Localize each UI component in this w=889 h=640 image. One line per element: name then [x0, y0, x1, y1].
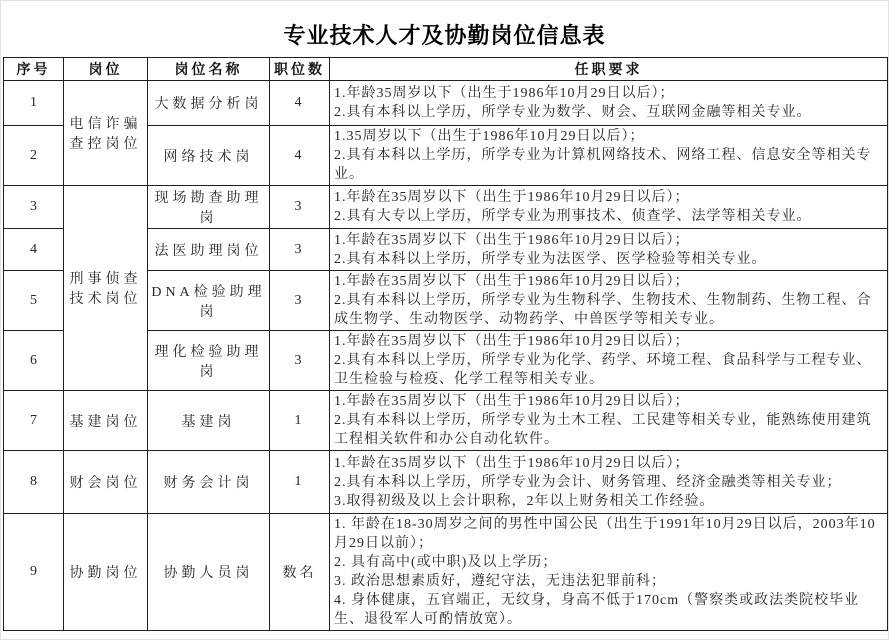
count-cell: 4 — [270, 81, 330, 126]
header-count: 职位数 — [270, 58, 330, 81]
post-group-cell: 协勤岗位 — [64, 514, 148, 631]
position-info-table: 序号 岗位 岗位名称 职位数 任职要求 1 电信诈骗查控岗位 大数据分析岗 4 … — [3, 57, 888, 631]
count-cell: 数名 — [270, 514, 330, 631]
post-name-cell: DNA检验助理岗 — [148, 271, 270, 331]
requirements-cell: 1.年龄在35周岁以下（出生于1986年10月29日以后）； 2.具有大专以上学… — [330, 186, 888, 229]
count-cell: 3 — [270, 186, 330, 229]
table-row: 1 电信诈骗查控岗位 大数据分析岗 4 1.年龄35周岁以下（出生于1986年1… — [4, 81, 888, 126]
post-name-cell: 大数据分析岗 — [148, 81, 270, 126]
post-group-cell: 刑事侦查技术岗位 — [64, 186, 148, 391]
requirements-cell: 1. 年龄在18-30周岁之间的男性中国公民（出生于1991年10月29日以后，… — [330, 514, 888, 631]
seq-cell: 9 — [4, 514, 64, 631]
requirements-cell: 1.年龄在35周岁以下（出生于1986年10月29日以后）； 2.具有本科以上学… — [330, 229, 888, 271]
requirements-cell: 1.年龄35周岁以下（出生于1986年10月29日以后）； 2.具有本科以上学历… — [330, 81, 888, 126]
post-name-cell: 现场勘查助理岗 — [148, 186, 270, 229]
requirements-cell: 1.年龄在35周岁以下（出生于1986年10月29日以后）； 2.具有本科以上学… — [330, 331, 888, 391]
post-name-cell: 基建岗 — [148, 391, 270, 451]
count-cell: 1 — [270, 391, 330, 451]
count-cell: 1 — [270, 451, 330, 514]
requirements-cell: 1.年龄在35周岁以下（出生于1986年10月29日以后）； 2.具有本科以上学… — [330, 391, 888, 451]
seq-cell: 7 — [4, 391, 64, 451]
seq-cell: 3 — [4, 186, 64, 229]
post-group-cell: 财会岗位 — [64, 451, 148, 514]
header-post: 岗位 — [64, 58, 148, 81]
post-name-cell: 法医助理岗位 — [148, 229, 270, 271]
count-cell: 3 — [270, 331, 330, 391]
document-page: 专业技术人才及协勤岗位信息表 序号 岗位 岗位名称 职位数 任职要求 1 电信诈… — [0, 0, 889, 640]
page-title: 专业技术人才及协勤岗位信息表 — [1, 1, 888, 57]
count-cell: 4 — [270, 126, 330, 186]
requirements-cell: 1.年龄在35周岁以下（出生于1986年10月29日以后）； 2.具有本科以上学… — [330, 451, 888, 514]
count-cell: 3 — [270, 229, 330, 271]
table-row: 7 基建岗位 基建岗 1 1.年龄在35周岁以下（出生于1986年10月29日以… — [4, 391, 888, 451]
table-row: 8 财会岗位 财务会计岗 1 1.年龄在35周岁以下（出生于1986年10月29… — [4, 451, 888, 514]
table-row: 3 刑事侦查技术岗位 现场勘查助理岗 3 1.年龄在35周岁以下（出生于1986… — [4, 186, 888, 229]
requirements-cell: 1.年龄在35周岁以下（出生于1986年10月29日以后）； 2.具有本科以上学… — [330, 271, 888, 331]
post-name-cell: 财务会计岗 — [148, 451, 270, 514]
seq-cell: 2 — [4, 126, 64, 186]
header-seq: 序号 — [4, 58, 64, 81]
seq-cell: 6 — [4, 331, 64, 391]
header-name: 岗位名称 — [148, 58, 270, 81]
seq-cell: 4 — [4, 229, 64, 271]
seq-cell: 1 — [4, 81, 64, 126]
post-group-cell: 电信诈骗查控岗位 — [64, 81, 148, 186]
table-header-row: 序号 岗位 岗位名称 职位数 任职要求 — [4, 58, 888, 81]
post-name-cell: 理化检验助理岗 — [148, 331, 270, 391]
requirements-cell: 1.35周岁以下（出生于1986年10月29日以后）； 2.具有本科以上学历，所… — [330, 126, 888, 186]
seq-cell: 8 — [4, 451, 64, 514]
post-name-cell: 网络技术岗 — [148, 126, 270, 186]
table-row: 9 协勤岗位 协勤人员岗 数名 1. 年龄在18-30周岁之间的男性中国公民（出… — [4, 514, 888, 631]
post-name-cell: 协勤人员岗 — [148, 514, 270, 631]
post-group-cell: 基建岗位 — [64, 391, 148, 451]
seq-cell: 5 — [4, 271, 64, 331]
header-req: 任职要求 — [330, 58, 888, 81]
count-cell: 3 — [270, 271, 330, 331]
